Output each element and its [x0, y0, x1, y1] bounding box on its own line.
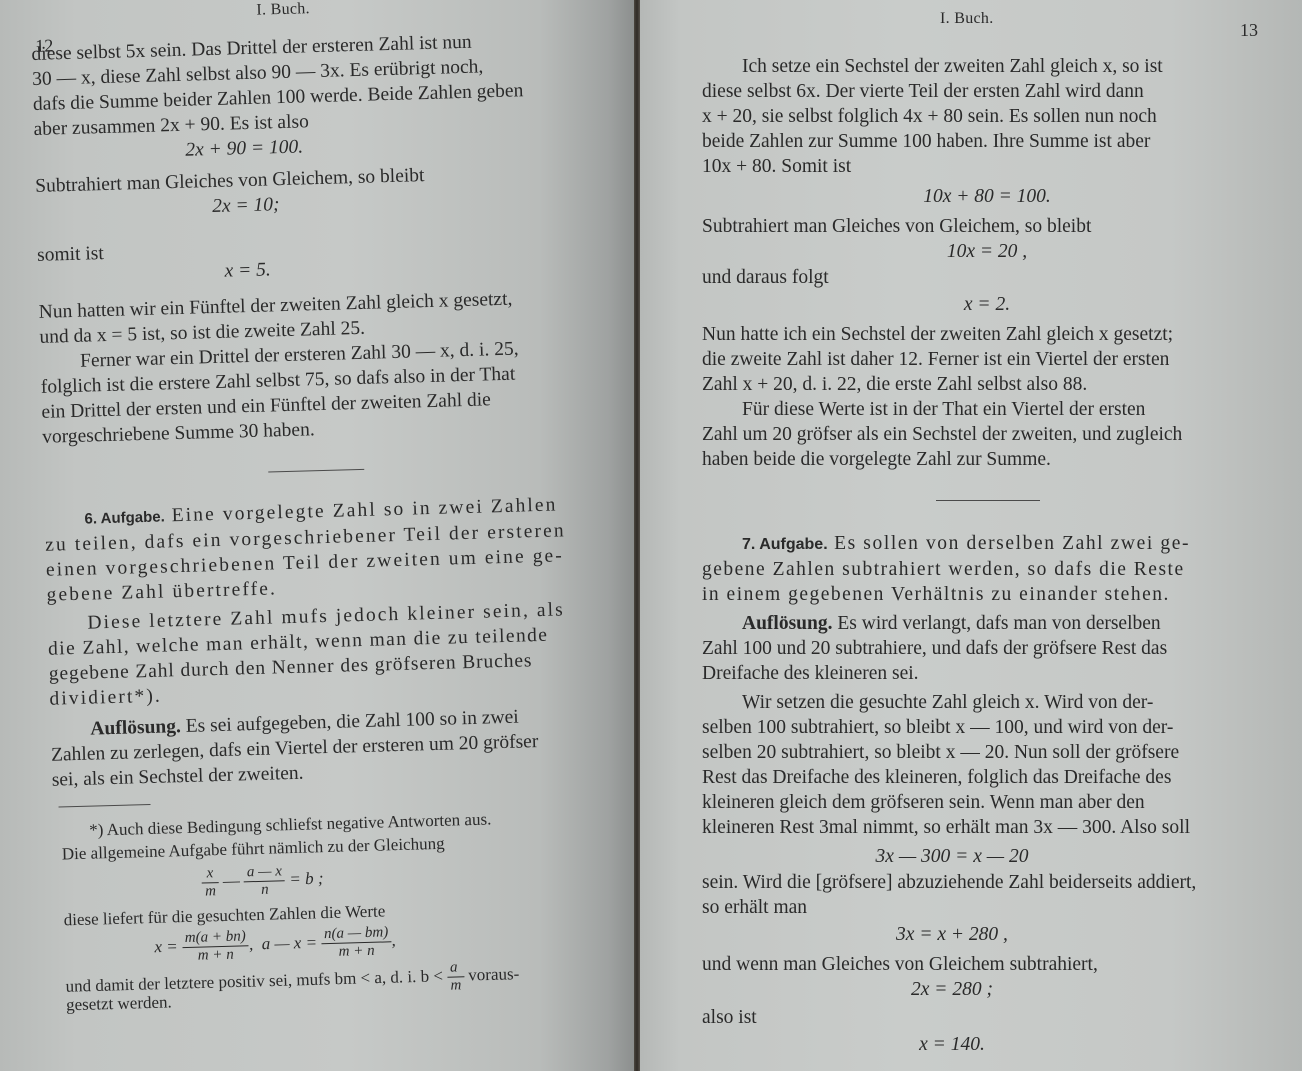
equation: 10x = 20 , [702, 239, 1272, 265]
problem-label: 6. Aufgabe. [84, 508, 165, 527]
text-line: x + 20, sie selbst folglich 4x + 80 sein… [702, 104, 1274, 129]
text-line: Dreifache des kleineren sei. [702, 661, 1274, 686]
text-line: also ist [702, 1005, 1274, 1030]
book-spread: I. Buch. 12 diese selbst 5x sein. Das Dr… [0, 0, 1302, 1071]
problem-6: 6. Aufgabe. Eine vorgelegte Zahl so in z… [44, 492, 597, 793]
equation: x = 140. [702, 1032, 1202, 1058]
text-line: kleineren Rest 3mal nimmt, so erhält man… [702, 815, 1274, 840]
text-line: Rest das Dreifache des kleineren, folgli… [702, 765, 1274, 790]
text-line: Subtrahiert man Gleiches von Gleichem, s… [702, 214, 1274, 239]
problem-label: 7. Aufgabe. [742, 536, 828, 553]
text-line: Es wird verlangt, dafs man von derselben [837, 613, 1160, 634]
running-head: I. Buch. [256, 0, 310, 19]
text-line: kleineren gleich dem gröfseren sein. Wen… [702, 790, 1274, 815]
footnote-divider [59, 804, 151, 808]
left-page: I. Buch. 12 diese selbst 5x sein. Das Dr… [0, 0, 634, 1071]
text-line: Nun hatte ich ein Sechstel der zweiten Z… [702, 322, 1274, 347]
section-divider [268, 469, 364, 473]
text-line: selben 100 subtrahiert, so bleibt x — 10… [702, 715, 1274, 740]
text-line: Zahl um 20 gröfser als ein Sechstel der … [702, 422, 1274, 447]
text-line: in einem gegebenen Verhältnis zu einande… [702, 582, 1274, 607]
equation: x = 2. [702, 292, 1272, 318]
equation: 3x = x + 280 , [702, 922, 1202, 948]
text-line: und daraus folgt [702, 265, 1274, 290]
text-line: und wenn man Gleiches von Gleichem subtr… [702, 952, 1274, 977]
equation: 3x — 300 = x — 20 [702, 844, 1202, 870]
text-line: somit ist [37, 241, 104, 268]
text-line: sein. Wird die [gröfsere] abzuziehende Z… [702, 870, 1274, 895]
text-line: so erhält man [702, 895, 1274, 920]
footnote-equation-1: xm — a — xn = b ; [62, 858, 463, 904]
solution-label: Auflösung. [742, 613, 833, 634]
footnote: *) Auch diese Bedingung schliefst negati… [53, 804, 603, 1016]
section-divider [936, 500, 1040, 501]
text-line: die zweite Zahl ist daher 12. Ferner ist… [702, 347, 1274, 372]
problem-7: 7. Aufgabe. Es sollen von derselben Zahl… [702, 531, 1274, 1058]
equation: 2x = 280 ; [702, 977, 1202, 1003]
equation: 10x + 80 = 100. [702, 184, 1272, 210]
text-line: Wir setzen die gesuchte Zahl gleich x. W… [702, 690, 1274, 715]
text-line: beide Zahlen zur Summe 100 haben. Ihre S… [702, 129, 1274, 154]
running-head: I. Buch. [940, 10, 994, 28]
text-line: Für diese Werte ist in der That ein Vier… [702, 397, 1274, 422]
right-page: I. Buch. 13 Ich setze ein Sechstel der z… [640, 0, 1302, 1071]
text-line: Zahl x + 20, d. i. 22, die erste Zahl se… [702, 372, 1274, 397]
text-line: haben beide die vorgelegte Zahl zur Summ… [702, 447, 1274, 472]
text-line: selben 20 subtrahiert, so bleibt x — 20.… [702, 740, 1274, 765]
text-line: diese selbst 6x. Der vierte Teil der ers… [702, 79, 1274, 104]
text-line: Es sollen von derselben Zahl zwei ge- [834, 533, 1190, 554]
text-line: gebene Zahlen subtrahiert werden, so daf… [702, 557, 1274, 582]
page-number: 13 [1240, 20, 1258, 41]
text-line: Zahl 100 und 20 subtrahiere, und dafs de… [702, 636, 1274, 661]
solution-label: Auflösung. [90, 716, 181, 740]
text-line: 10x + 80. Somit ist [702, 154, 1274, 179]
text-line: Ich setze ein Sechstel der zweiten Zahl … [702, 54, 1274, 79]
